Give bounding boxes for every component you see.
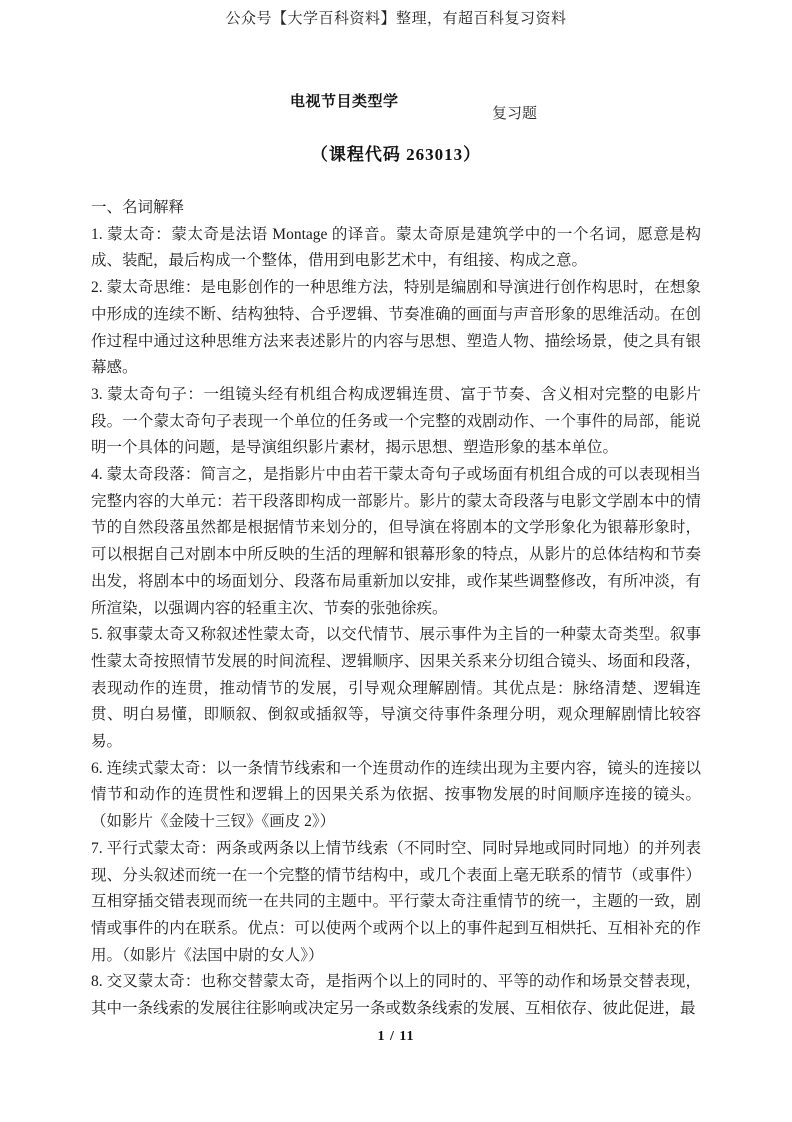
document-title: 电视节目类型学 <box>290 90 399 111</box>
definitions-list: 1. 蒙太奇：蒙太奇是法语 Montage 的译音。蒙太奇原是建筑学中的一个名词… <box>91 222 701 1023</box>
definition-paragraph: 3. 蒙太奇句子：一组镜头经有机组合构成逻辑连贯、富于节奏、含义相对完整的电影片… <box>91 382 701 462</box>
section-heading: 一、名词解释 <box>91 195 701 222</box>
definition-paragraph: 4. 蒙太奇段落：简言之，是指影片中由若干蒙太奇句子或场面有机组合成的可以表现相… <box>91 462 701 622</box>
document-subtitle: 复习题 <box>492 102 537 123</box>
definition-paragraph: 7. 平行式蒙太奇：两条或两条以上情节线索（不同时空、同时异地或同时同地）的并列… <box>91 836 701 970</box>
header-note: 公众号【大学百科资料】整理，有超百科复习资料 <box>0 7 792 28</box>
definition-paragraph: 1. 蒙太奇：蒙太奇是法语 Montage 的译音。蒙太奇原是建筑学中的一个名词… <box>91 222 701 275</box>
definition-paragraph: 2. 蒙太奇思维：是电影创作的一种思维方法，特别是编剧和导演进行创作构思时，在想… <box>91 275 701 382</box>
course-code: （课程代码 263013） <box>0 140 792 165</box>
document-body: 一、名词解释 1. 蒙太奇：蒙太奇是法语 Montage 的译音。蒙太奇原是建筑… <box>91 195 701 1023</box>
page-number: 1 / 11 <box>0 1029 792 1045</box>
document-page: 公众号【大学百科资料】整理，有超百科复习资料 电视节目类型学 复习题 （课程代码… <box>0 0 792 1122</box>
definition-paragraph: 8. 交叉蒙太奇：也称交替蒙太奇，是指两个以上的同时的、平等的动作和场景交替表现… <box>91 969 701 1022</box>
definition-paragraph: 5. 叙事蒙太奇又称叙述性蒙太奇，以交代情节、展示事件为主旨的一种蒙太奇类型。叙… <box>91 622 701 756</box>
definition-paragraph: 6. 连续式蒙太奇：以一条情节线索和一个连贯动作的连续出现为主要内容，镜头的连接… <box>91 756 701 836</box>
